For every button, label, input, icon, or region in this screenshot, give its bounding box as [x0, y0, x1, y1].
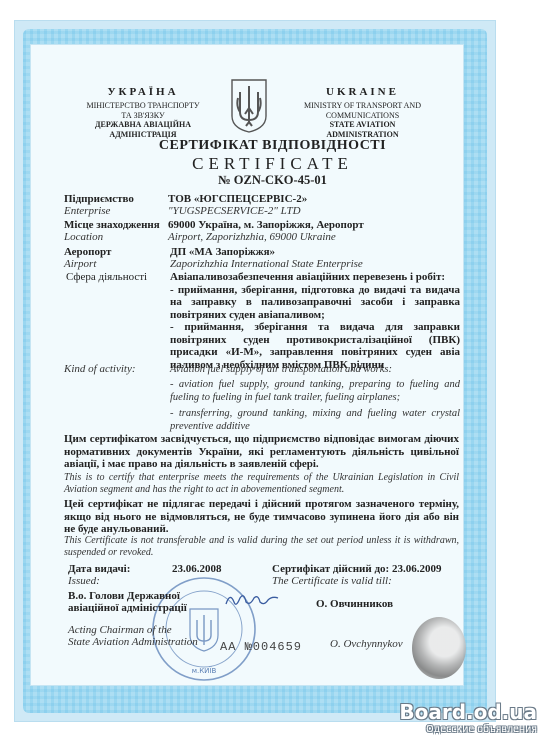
transfer-statement-en: This Certificate is not transferable and…: [64, 535, 459, 559]
hologram-sticker-icon: [412, 617, 466, 679]
signatory-title-ua: В.о. Голови Державної авіаційної адмініс…: [68, 590, 187, 614]
activity-value-ua: Авіапаливозабезпечення авіаційних переве…: [170, 271, 460, 371]
issued-date: 23.06.2008: [172, 563, 222, 575]
header-ministry-ua-2: ТА ЗВ'ЯЗКУ: [68, 111, 218, 121]
header-ministry-ua-1: МІНІСТЕРСТВО ТРАНСПОРТУ: [68, 101, 218, 111]
header-agency-en-1: STATE AVIATION: [285, 120, 440, 130]
certificate-document: УКРАЇНА МІНІСТЕРСТВО ТРАНСПОРТУ ТА ЗВ'ЯЗ…: [0, 0, 545, 750]
enterprise-label-en: Enterprise: [64, 205, 110, 217]
certify-statement-en: This is to certify that enterprise meets…: [64, 472, 459, 496]
svg-text:м.КИЇВ: м.КИЇВ: [192, 666, 217, 675]
valid-until-date: 23.06.2009: [392, 563, 442, 575]
header-left: УКРАЇНА МІНІСТЕРСТВО ТРАНСПОРТУ ТА ЗВ'ЯЗ…: [68, 86, 218, 139]
trident-coat-of-arms-icon: [230, 78, 268, 134]
signatory-title-en: Acting Chairman of the State Aviation Ad…: [68, 624, 198, 648]
activity-label-en: Kind of activity:: [64, 363, 135, 375]
activity-en-item-1: - aviation fuel supply, ground tanking, …: [170, 378, 460, 404]
airport-label-en: Airport: [64, 258, 96, 270]
airport-value-en: Zaporizhzhia International State Enterpr…: [170, 258, 363, 270]
header-country-en: UKRAINE: [285, 86, 440, 98]
certificate-title-ua: СЕРТИФІКАТ ВІДПОВІДНОСТІ: [0, 138, 545, 154]
airport-label-ua: Аеропорт: [64, 246, 111, 258]
site-watermark: Board.od.ua Одесские объявления: [399, 700, 537, 735]
signature-icon: [222, 588, 282, 612]
signatory-name-ua: О. Овчинников: [316, 598, 393, 610]
serial-number: АА №004659: [220, 640, 302, 654]
location-value-en: Airport, Zaporizhzhia, 69000 Ukraine: [168, 231, 336, 243]
issued-label-en: Issued:: [68, 575, 100, 587]
enterprise-value-ua: ТОВ «ЮГСПЕЦСЕРВІС-2»: [168, 193, 307, 205]
watermark-sub: Одесские объявления: [399, 724, 537, 735]
location-label-ua: Місце знаходження: [64, 219, 160, 231]
activity-label-ua: Сфера діяльності: [66, 271, 147, 283]
certificate-number: № OZN-CKO-45-01: [0, 173, 545, 188]
activity-en-item-2: - transferring, ground tanking, mixing a…: [170, 407, 460, 433]
signatory-name-en: O. Ovchynnykov: [330, 638, 403, 650]
airport-value-ua: ДП «МА Запоріжжя»: [170, 246, 275, 258]
header-right: UKRAINE MINISTRY OF TRANSPORT AND COMMUN…: [285, 86, 440, 139]
issued-label-ua: Дата видачі:: [68, 563, 130, 575]
certificate-title-en: CERTIFICATE: [0, 154, 545, 174]
activity-en-intro: Aviation fuel supply of air transportati…: [170, 363, 460, 376]
activity-ua-intro: Авіапаливозабезпечення авіаційних переве…: [170, 271, 460, 284]
header-ministry-en-2: COMMUNICATIONS: [285, 111, 440, 121]
watermark-main: Board.od.ua: [399, 700, 537, 724]
header-agency-ua-1: ДЕРЖАВНА АВІАЦІЙНА: [68, 120, 218, 130]
transfer-statement-ua: Цей сертифікат не підлягає передачі і ді…: [64, 498, 459, 536]
location-label-en: Location: [64, 231, 103, 243]
activity-value-en: Aviation fuel supply of air transportati…: [170, 363, 460, 433]
header-country-ua: УКРАЇНА: [68, 86, 218, 98]
certify-statement-ua: Цим сертифікатом засвідчується, що підпр…: [64, 433, 459, 471]
location-value-ua: 69000 Україна, м. Запоріжжя, Аеропорт: [168, 219, 364, 231]
activity-ua-item-1: - приймання, зберігання, підготовка до в…: [170, 284, 460, 322]
header-ministry-en-1: MINISTRY OF TRANSPORT AND: [285, 101, 440, 111]
valid-label-en: The Certificate is valid till:: [272, 575, 392, 587]
enterprise-value-en: "YUGSPECSERVICE-2" LTD: [168, 205, 301, 217]
valid-label-ua: Сертифікат дійсний до:: [272, 563, 389, 575]
enterprise-label-ua: Підприємство: [64, 193, 134, 205]
